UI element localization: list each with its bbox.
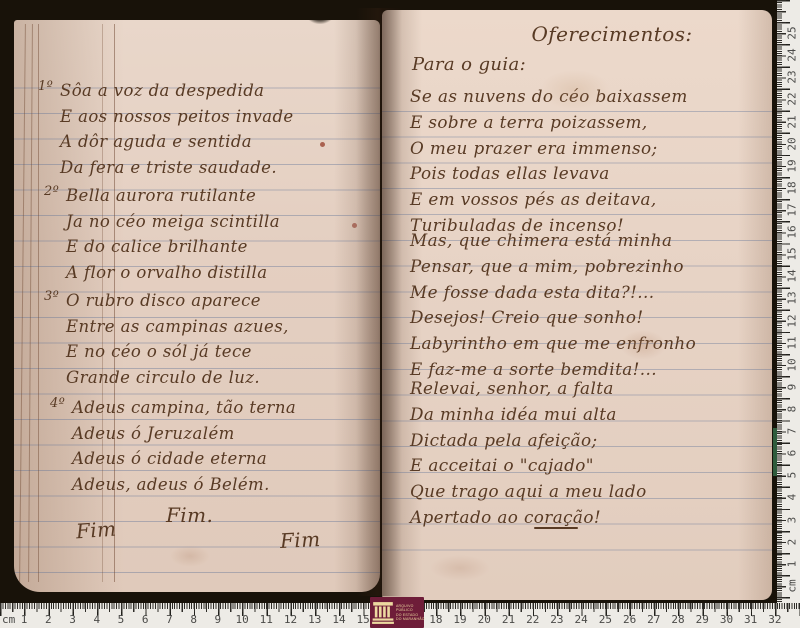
ruler-label: 31 xyxy=(739,613,763,626)
verse-line: Que trago aqui a meu lado xyxy=(410,479,647,505)
fim-mark: Fim xyxy=(75,517,117,544)
archive-logo-text: ARQUIVO PÚBLICO DO ESTADO DO MARANHÃO xyxy=(396,604,425,622)
verse-line: Da fera e triste saudade. xyxy=(60,155,294,181)
verse-line: Ja no céo meiga scintilla xyxy=(66,209,280,235)
verse-line: Grande circulo de luz. xyxy=(66,365,289,391)
stanza-3: 3º O rubro disco aparece Entre as campin… xyxy=(66,288,289,390)
verse-line: Da minha idéa mui alta xyxy=(410,402,647,428)
scanned-notebook-photo: 1º Sôa a voz da despedida E aos nossos p… xyxy=(0,0,800,628)
ruler-label: 27 xyxy=(642,613,666,626)
ruler-label: 9 xyxy=(780,378,800,395)
page-edge-seam xyxy=(38,24,39,582)
ruler-label: 29 xyxy=(690,613,714,626)
ruler-label: 20 xyxy=(472,613,496,626)
ruler-label: 6 xyxy=(780,445,800,462)
right-page: Oferecimentos: Para o guia: Se as nuvens… xyxy=(382,10,772,600)
left-page: 1º Sôa a voz da despedida E aos nossos p… xyxy=(14,20,380,592)
ruler-label: 9 xyxy=(206,613,230,626)
ruler-label: 7 xyxy=(780,423,800,440)
verse-line: Desejos! Creio que sonho! xyxy=(410,305,696,331)
stanza-number: 1º xyxy=(38,74,53,100)
verse-line: Entre as campinas azues, xyxy=(66,314,289,340)
verse-line: O meu prazer era immenso; xyxy=(410,136,688,162)
ruler-label: 24 xyxy=(569,613,593,626)
stanza-offering-1: Se as nuvens do céo baixassem E sobre a … xyxy=(410,84,688,239)
verse-line: Sôa a voz da despedida xyxy=(60,78,294,104)
verse-line: Adeus campina, tão terna xyxy=(72,395,296,421)
ruler-label: 24 xyxy=(780,47,800,64)
ruler-label: 8 xyxy=(182,613,206,626)
stanza-1: 1º Sôa a voz da despedida E aos nossos p… xyxy=(60,78,294,180)
verse-line: Pensar, que a mim, pobrezinho xyxy=(410,254,696,280)
ruler-label: 14 xyxy=(327,613,351,626)
ruler-label: 25 xyxy=(593,613,617,626)
ruler-label: 12 xyxy=(278,613,302,626)
verse-line: O rubro disco aparece xyxy=(66,288,289,314)
classical-building-icon xyxy=(372,601,394,625)
ruler-label: 30 xyxy=(714,613,738,626)
archive-logo: ARQUIVO PÚBLICO DO ESTADO DO MARANHÃO xyxy=(370,597,424,628)
verse-line: Se as nuvens do céo baixassem xyxy=(410,84,688,110)
verse-line: Labyrintho em que me enfronho xyxy=(410,331,696,357)
ruler-label: 21 xyxy=(780,113,800,130)
logo-text-line: DO MARANHÃO xyxy=(396,617,425,621)
stanza-number: 4º xyxy=(50,391,65,417)
verse-line: Pois todas ellas levava xyxy=(410,161,688,187)
ruler-label: 1 xyxy=(12,613,36,626)
ruler-label: 11 xyxy=(254,613,278,626)
ruler-label: 19 xyxy=(780,157,800,174)
ruler-label: 6 xyxy=(133,613,157,626)
ruler-label: 8 xyxy=(780,401,800,418)
verse-line: A dôr aguda e sentida xyxy=(60,129,294,155)
ruler-label: 11 xyxy=(780,334,800,351)
ruler-label: 13 xyxy=(303,613,327,626)
ruler-label: 7 xyxy=(157,613,181,626)
ruler-label: 23 xyxy=(780,69,800,86)
verse-line: Mas, que chimera está minha xyxy=(410,228,696,254)
ruler-label: 13 xyxy=(780,290,800,307)
ruler-label: 12 xyxy=(780,312,800,329)
stanza-2: 2º Bella aurora rutilante Ja no céo meig… xyxy=(66,183,280,285)
verse-line: E aos nossos peitos invade xyxy=(60,104,294,130)
ruler-label: 2 xyxy=(36,613,60,626)
ruler-label: 15 xyxy=(780,246,800,263)
ruler-label: 20 xyxy=(780,135,800,152)
verse-line: Me fosse dada esta dita?!... xyxy=(410,280,696,306)
verse-line: E sobre a terra poizassem, xyxy=(410,110,688,136)
ruler-label: 19 xyxy=(448,613,472,626)
verse-line: Adeus, adeus ó Belém. xyxy=(72,472,296,498)
verse-line: Apertado ao coração! xyxy=(410,505,647,531)
ruler-label: 4 xyxy=(780,489,800,506)
ruler-label: 14 xyxy=(780,268,800,285)
ruler-label: 18 xyxy=(780,179,800,196)
ruler-label: 3 xyxy=(780,511,800,528)
vertical-ruler: cm12345678910111213141516171819202122232… xyxy=(777,0,800,603)
verse-line: Adeus ó Jeruzalém xyxy=(72,421,296,447)
verse-line: Dictada pela afeição; xyxy=(410,428,647,454)
ruler-label: cm xyxy=(780,577,800,594)
ruler-label: 16 xyxy=(780,224,800,241)
page-title: Oferecimentos: xyxy=(382,22,772,46)
ruler-label: 5 xyxy=(780,467,800,484)
ruler-label: 17 xyxy=(780,202,800,219)
ruler-label: 22 xyxy=(521,613,545,626)
stanza-number: 3º xyxy=(44,284,59,310)
page-subtitle: Para o guia: xyxy=(412,54,526,75)
ruler-label: 28 xyxy=(666,613,690,626)
ruler-label: 2 xyxy=(780,533,800,550)
ruler-label: 25 xyxy=(780,25,800,42)
stanza-4: 4º Adeus campina, tão terna Adeus ó Jeru… xyxy=(72,395,296,497)
ruler-label: 1 xyxy=(780,555,800,572)
stanza-offering-3: Relevai, senhor, a falta Da minha idéa m… xyxy=(410,376,647,531)
verse-line: E no céo o sól já tece xyxy=(66,339,289,365)
ruler-label: 18 xyxy=(424,613,448,626)
verse-line: E acceitai o "cajado" xyxy=(410,453,647,479)
ruler-label: 10 xyxy=(780,356,800,373)
end-mark-dash xyxy=(534,527,578,529)
gutter-top-notch xyxy=(300,0,340,24)
ruler-label: 23 xyxy=(545,613,569,626)
verse-line: Adeus ó cidade eterna xyxy=(72,446,296,472)
stanza-number: 2º xyxy=(44,179,59,205)
verse-line: Bella aurora rutilante xyxy=(66,183,280,209)
fim-mark: Fim xyxy=(279,527,321,553)
verse-line: Relevai, senhor, a falta xyxy=(410,376,647,402)
ruler-label: 32 xyxy=(763,613,787,626)
verse-line: E em vossos pés as deitava, xyxy=(410,187,688,213)
ruler-label: 10 xyxy=(230,613,254,626)
ruler-label: 4 xyxy=(85,613,109,626)
ruler-label: 22 xyxy=(780,91,800,108)
ruler-label: 5 xyxy=(109,613,133,626)
ruler-label: 21 xyxy=(496,613,520,626)
vertical-ruler-labels: cm12345678910111213141516171819202122232… xyxy=(783,0,800,603)
verse-line: A flor o orvalho distilla xyxy=(66,260,280,286)
ruler-label: 26 xyxy=(617,613,641,626)
stanza-offering-2: Mas, que chimera está minha Pensar, que … xyxy=(410,228,696,383)
verse-line: E do calice brilhante xyxy=(66,234,280,260)
ruler-label: 3 xyxy=(60,613,84,626)
fim-mark: Fim. xyxy=(166,503,213,527)
